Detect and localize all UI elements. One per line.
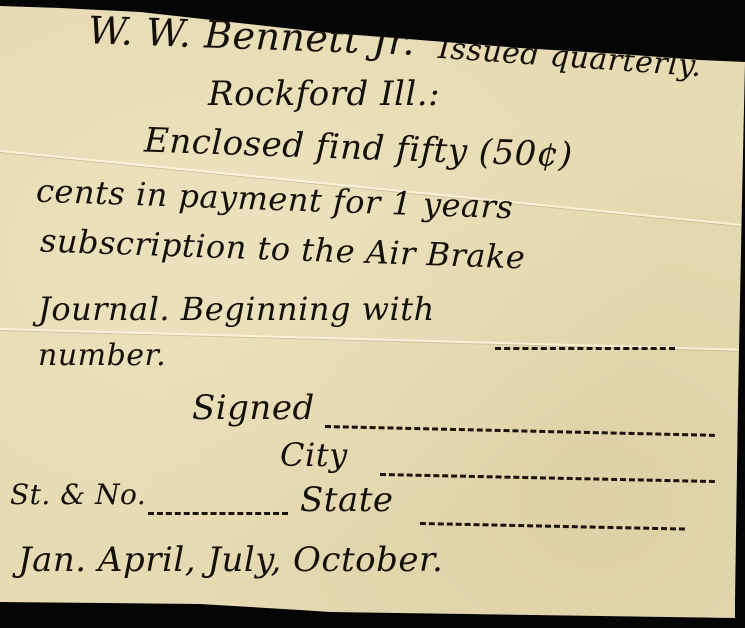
city-blank xyxy=(380,473,715,483)
header-name: W. W. Bennett Jr. xyxy=(87,8,416,63)
beginning-number-blank xyxy=(495,347,675,350)
letter-paper: W. W. Bennett Jr. Issued quarterly. Rock… xyxy=(0,0,745,628)
city-label: City xyxy=(280,436,348,474)
state-label: State xyxy=(300,480,394,520)
header-city: Rockford Ill.: xyxy=(208,74,440,114)
body-line-3: subscription to the Air Brake xyxy=(39,222,525,277)
issue-months: Jan. April, July, October. xyxy=(18,540,443,580)
body-line-5: number. xyxy=(38,338,166,373)
state-blank xyxy=(420,522,685,531)
body-line-1: Enclosed find fifty (50¢) xyxy=(143,121,573,176)
body-line-4: Journal. Beginning with xyxy=(38,290,435,328)
street-blank xyxy=(148,512,288,515)
street-label: St. & No. xyxy=(10,478,146,511)
body-line-2: cents in payment for 1 years xyxy=(35,172,513,227)
signed-label: Signed xyxy=(192,388,315,428)
header-note: Issued quarterly. xyxy=(437,31,703,84)
signed-blank xyxy=(325,425,715,437)
